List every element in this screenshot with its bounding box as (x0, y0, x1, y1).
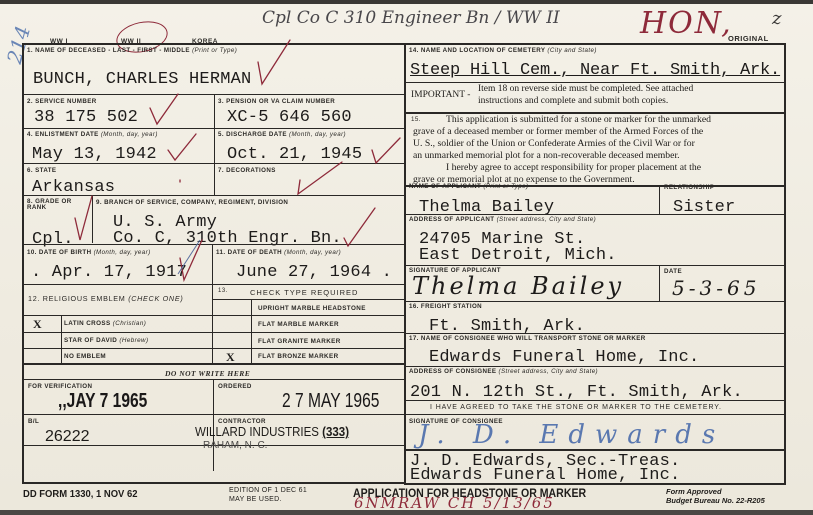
edition-line2: MAY BE USED. (229, 496, 282, 503)
reviewer-check-marks-icon (0, 0, 813, 515)
scan-edge-bottom (0, 510, 813, 515)
approved-line1: Form Approved (666, 487, 722, 496)
edition-line1: EDITION OF 1 DEC 61 (229, 487, 307, 494)
approved-line2: Budget Bureau No. 22-R205 (666, 496, 765, 505)
form-sheet: WW I WW II KOREA Cpl Co C 310 Engineer B… (0, 0, 813, 515)
form-id: DD FORM 1330, 1 NOV 62 (23, 488, 137, 500)
